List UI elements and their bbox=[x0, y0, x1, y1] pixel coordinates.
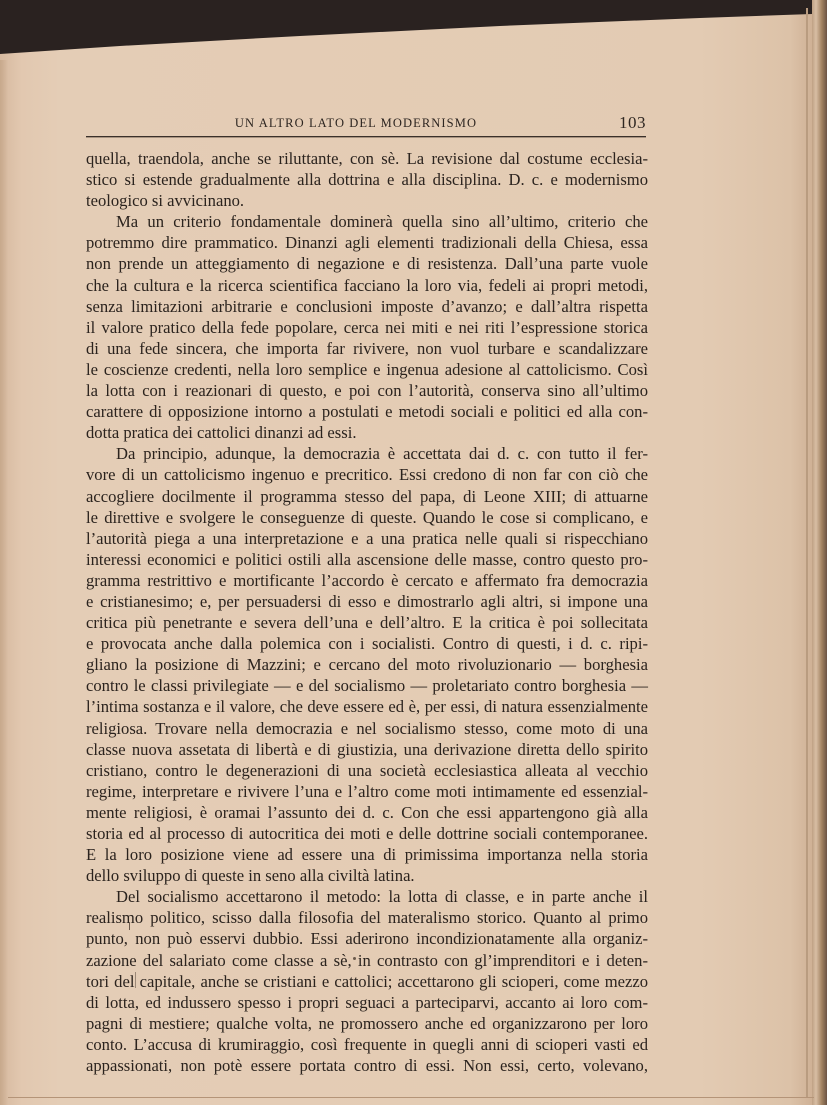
body-text: quella, traendola, anche se riluttante, … bbox=[86, 148, 648, 1076]
text-line: contro le classi privilegiate — e del so… bbox=[86, 675, 648, 696]
text-line: E la loro posizione viene ad essere una … bbox=[86, 844, 648, 865]
running-header: UN ALTRO LATO DEL MODERNISMO 103 bbox=[86, 113, 646, 135]
text-line: e provocata anche dalla polemica con i s… bbox=[86, 633, 648, 654]
text-line: dello sviluppo di queste in seno alla ci… bbox=[86, 865, 648, 886]
text-line: conto. L’accusa di krumiraggio, così fre… bbox=[86, 1034, 648, 1055]
text-line: cristiano, contro le degenerazioni di un… bbox=[86, 760, 648, 781]
text-line: accogliere docilmente il programma stess… bbox=[86, 486, 648, 507]
text-line: interessi economici e politici ostili al… bbox=[86, 549, 648, 570]
text-line: non prende un atteggiamento di negazione… bbox=[86, 253, 648, 274]
text-line: punto, non può esservi dubbio. Essi ader… bbox=[86, 928, 648, 949]
text-line: appassionati, non potè essere portata co… bbox=[86, 1055, 648, 1076]
text-line: classe nuova assetata di libertà e di gi… bbox=[86, 739, 648, 760]
text-line: Ma un criterio fondamentale dominerà que… bbox=[86, 211, 648, 232]
text-line: le coscienze credenti, nella loro sempli… bbox=[86, 359, 648, 380]
text-line: regime, interpretare e rivivere l’una e … bbox=[86, 781, 648, 802]
text-line: di una fede sincera, che importa far riv… bbox=[86, 338, 648, 359]
text-line: Da principio, adunque, la democrazia è a… bbox=[86, 443, 648, 464]
text-line: dotta pratica dei cattolici dinanzi ad e… bbox=[86, 422, 648, 443]
text-line: Del socialismo accettarono il metodo: la… bbox=[86, 886, 648, 907]
text-line: quella, traendola, anche se riluttante, … bbox=[86, 148, 648, 169]
text-line: di lotta, ed indussero spesso i propri s… bbox=[86, 992, 648, 1013]
text-line: l’autorità piega a una interpretazione e… bbox=[86, 528, 648, 549]
text-line: vore di un cattolicismo ingenuo e precri… bbox=[86, 464, 648, 485]
text-line: realismo politico, scisso dalla filosofi… bbox=[86, 907, 648, 928]
page-bottom-edge bbox=[8, 1097, 814, 1098]
text-line: potremmo dire prammatico. Dinanzi agli e… bbox=[86, 232, 648, 253]
text-line: la lotta con i reazionari di questo, e p… bbox=[86, 380, 648, 401]
text-line: zazione del salariato come classe a sè, … bbox=[86, 950, 648, 971]
page-stack-edge bbox=[812, 0, 827, 1105]
text-line: pagni di mestiere; qualche volta, ne pro… bbox=[86, 1013, 648, 1034]
ink-speck bbox=[129, 922, 130, 930]
text-line: carattere di opposizione intorno a postu… bbox=[86, 401, 648, 422]
text-line: il valore pratico della fede popolare, c… bbox=[86, 317, 648, 338]
text-line: le direttive e svolgere le conseguenze d… bbox=[86, 507, 648, 528]
page-edge-line bbox=[806, 8, 808, 1098]
text-line: che la cultura e la ricerca scientifica … bbox=[86, 275, 648, 296]
header-rule bbox=[86, 136, 646, 137]
page-number: 103 bbox=[619, 113, 646, 133]
text-line: storia ed al processo di autocritica dei… bbox=[86, 823, 648, 844]
text-line: religiosa. Trovare nella democrazia e ne… bbox=[86, 718, 648, 739]
text-line: stico si estende gradualmente alla dottr… bbox=[86, 169, 648, 190]
running-title: UN ALTRO LATO DEL MODERNISMO bbox=[86, 116, 626, 131]
text-line: teologico si avvicinano. bbox=[86, 190, 648, 211]
text-line: e cristianesimo; e, per persuadersi di e… bbox=[86, 591, 648, 612]
text-line: gliano la posizione di Mazzini; e cercan… bbox=[86, 654, 648, 675]
text-line: senza limitazioni arbitrarie e conclusio… bbox=[86, 296, 648, 317]
text-line: l’intima sostanza e il valore, che deve … bbox=[86, 696, 648, 717]
page-gutter-shadow bbox=[0, 60, 8, 1105]
text-line: tori del capitale, anche se cristiani e … bbox=[86, 971, 648, 992]
text-line: gramma restrittivo e mortificante l’acco… bbox=[86, 570, 648, 591]
ink-speck bbox=[135, 972, 136, 988]
ink-speck bbox=[353, 957, 356, 960]
text-line: mente religiosi, è oramai l’assunto dei … bbox=[86, 802, 648, 823]
text-line: critica più penetrante e severa dell’una… bbox=[86, 612, 648, 633]
